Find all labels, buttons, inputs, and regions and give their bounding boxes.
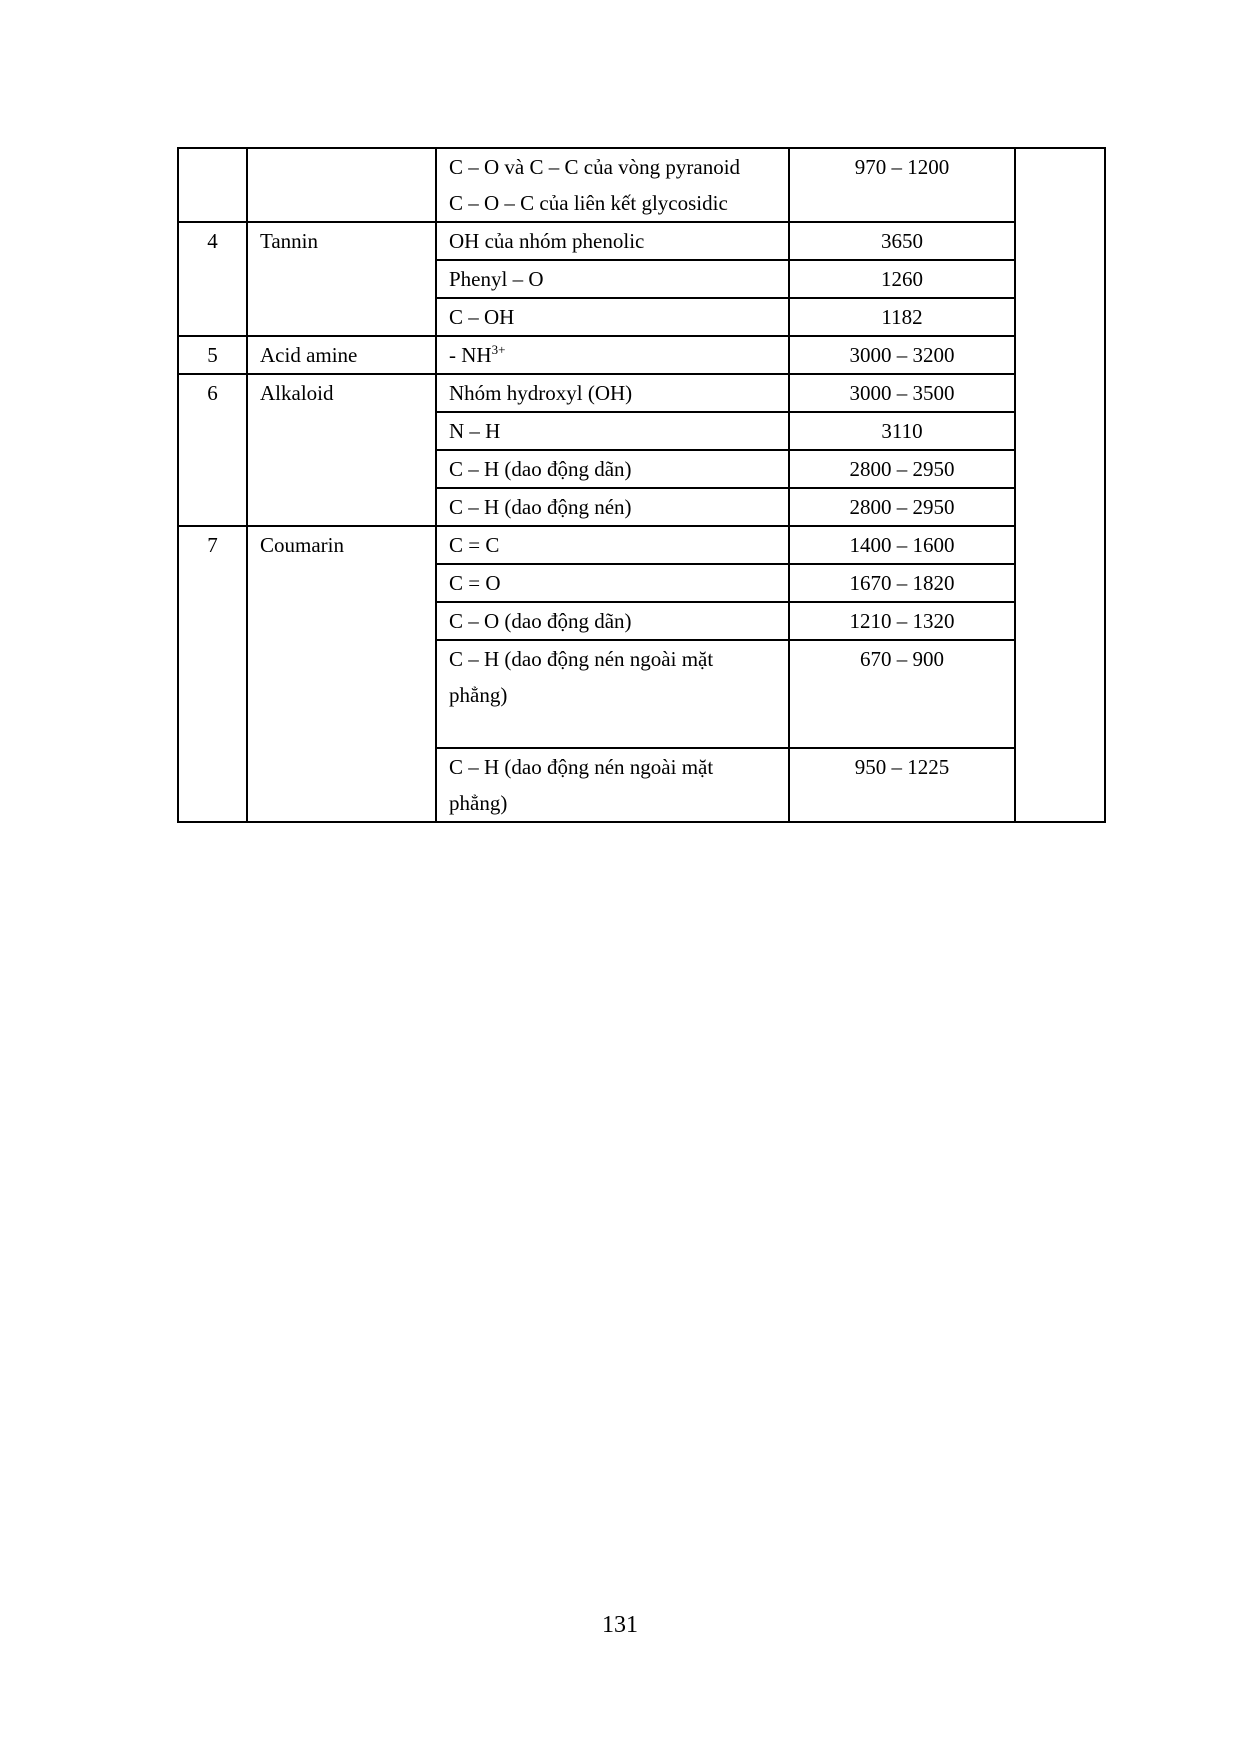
wavenumber-range: 670 – 900: [789, 640, 1015, 748]
wavenumber-range: 3110: [789, 412, 1015, 450]
functional-group-line: C – O và C – C của vòng pyranoid: [449, 149, 776, 185]
table-row: 4TanninOH của nhóm phenolic3650: [178, 222, 1105, 260]
table-row: 6AlkaloidNhóm hydroxyl (OH)3000 – 3500: [178, 374, 1105, 412]
wavenumber-range: 3000 – 3200: [789, 336, 1015, 374]
functional-group-line: N – H: [449, 413, 776, 449]
wavenumber-range: 1670 – 1820: [789, 564, 1015, 602]
compound-class: Tannin: [247, 222, 436, 336]
compound-class: [247, 148, 436, 222]
functional-group-line: C – H (dao động nén ngoài mặt: [449, 749, 776, 785]
wavenumber-range: 1400 – 1600: [789, 526, 1015, 564]
functional-group-line: C – OH: [449, 299, 776, 335]
functional-group: C – OH: [436, 298, 789, 336]
functional-group: OH của nhóm phenolic: [436, 222, 789, 260]
wavenumber-range: 3650: [789, 222, 1015, 260]
superscript-charge: 3+: [492, 342, 506, 357]
wavenumber-range: 3000 – 3500: [789, 374, 1015, 412]
functional-group: C – H (dao động nén ngoài mặtphẳng): [436, 640, 789, 748]
wavenumber-range: 1260: [789, 260, 1015, 298]
wavenumber-range: 2800 – 2950: [789, 488, 1015, 526]
wavenumber-range: 2800 – 2950: [789, 450, 1015, 488]
functional-group-line: Phenyl – O: [449, 261, 776, 297]
wavenumber-range: 970 – 1200: [789, 148, 1015, 222]
notes-column-cell: [1015, 148, 1105, 822]
page-number: 131: [0, 1612, 1240, 1639]
compound-class: Acid amine: [247, 336, 436, 374]
compound-number: 6: [178, 374, 247, 526]
functional-group-line: phẳng): [449, 785, 776, 821]
functional-group: C – H (dao động dãn): [436, 450, 789, 488]
compound-class: Coumarin: [247, 526, 436, 822]
functional-group: Phenyl – O: [436, 260, 789, 298]
compound-number: 7: [178, 526, 247, 822]
functional-group-line: C – O (dao động dãn): [449, 603, 776, 639]
functional-group: - NH3+: [436, 336, 789, 374]
functional-group-line: C – H (dao động nén ngoài mặt: [449, 641, 776, 677]
table-row: C – O và C – C của vòng pyranoidC – O – …: [178, 148, 1105, 222]
compound-number: 5: [178, 336, 247, 374]
table-row: 5Acid amine- NH3+3000 – 3200: [178, 336, 1105, 374]
functional-group-line: C – H (dao động nén): [449, 489, 776, 525]
ir-spectrum-table: C – O và C – C của vòng pyranoidC – O – …: [177, 147, 1106, 823]
compound-number: [178, 148, 247, 222]
functional-group-line: C – O – C của liên kết glycosidic: [449, 185, 776, 221]
functional-group: C – O (dao động dãn): [436, 602, 789, 640]
functional-group: C – H (dao động nén ngoài mặtphẳng): [436, 748, 789, 822]
compound-number: 4: [178, 222, 247, 336]
functional-group-line: phẳng): [449, 677, 776, 713]
table-row: 7CoumarinC = C1400 – 1600: [178, 526, 1105, 564]
functional-group-line: C – H (dao động dãn): [449, 451, 776, 487]
functional-group: Nhóm hydroxyl (OH): [436, 374, 789, 412]
functional-group: C = O: [436, 564, 789, 602]
compound-class: Alkaloid: [247, 374, 436, 526]
functional-group: C – O và C – C của vòng pyranoidC – O – …: [436, 148, 789, 222]
functional-group: N – H: [436, 412, 789, 450]
functional-group-line: OH của nhóm phenolic: [449, 223, 776, 259]
functional-group-line: - NH3+: [449, 337, 776, 373]
functional-group-line: Nhóm hydroxyl (OH): [449, 375, 776, 411]
functional-group-line: C = O: [449, 565, 776, 601]
document-page: C – O và C – C của vòng pyranoidC – O – …: [0, 0, 1240, 1754]
functional-group: C – H (dao động nén): [436, 488, 789, 526]
functional-group-line: C = C: [449, 527, 776, 563]
wavenumber-range: 1210 – 1320: [789, 602, 1015, 640]
wavenumber-range: 950 – 1225: [789, 748, 1015, 822]
wavenumber-range: 1182: [789, 298, 1015, 336]
functional-group: C = C: [436, 526, 789, 564]
